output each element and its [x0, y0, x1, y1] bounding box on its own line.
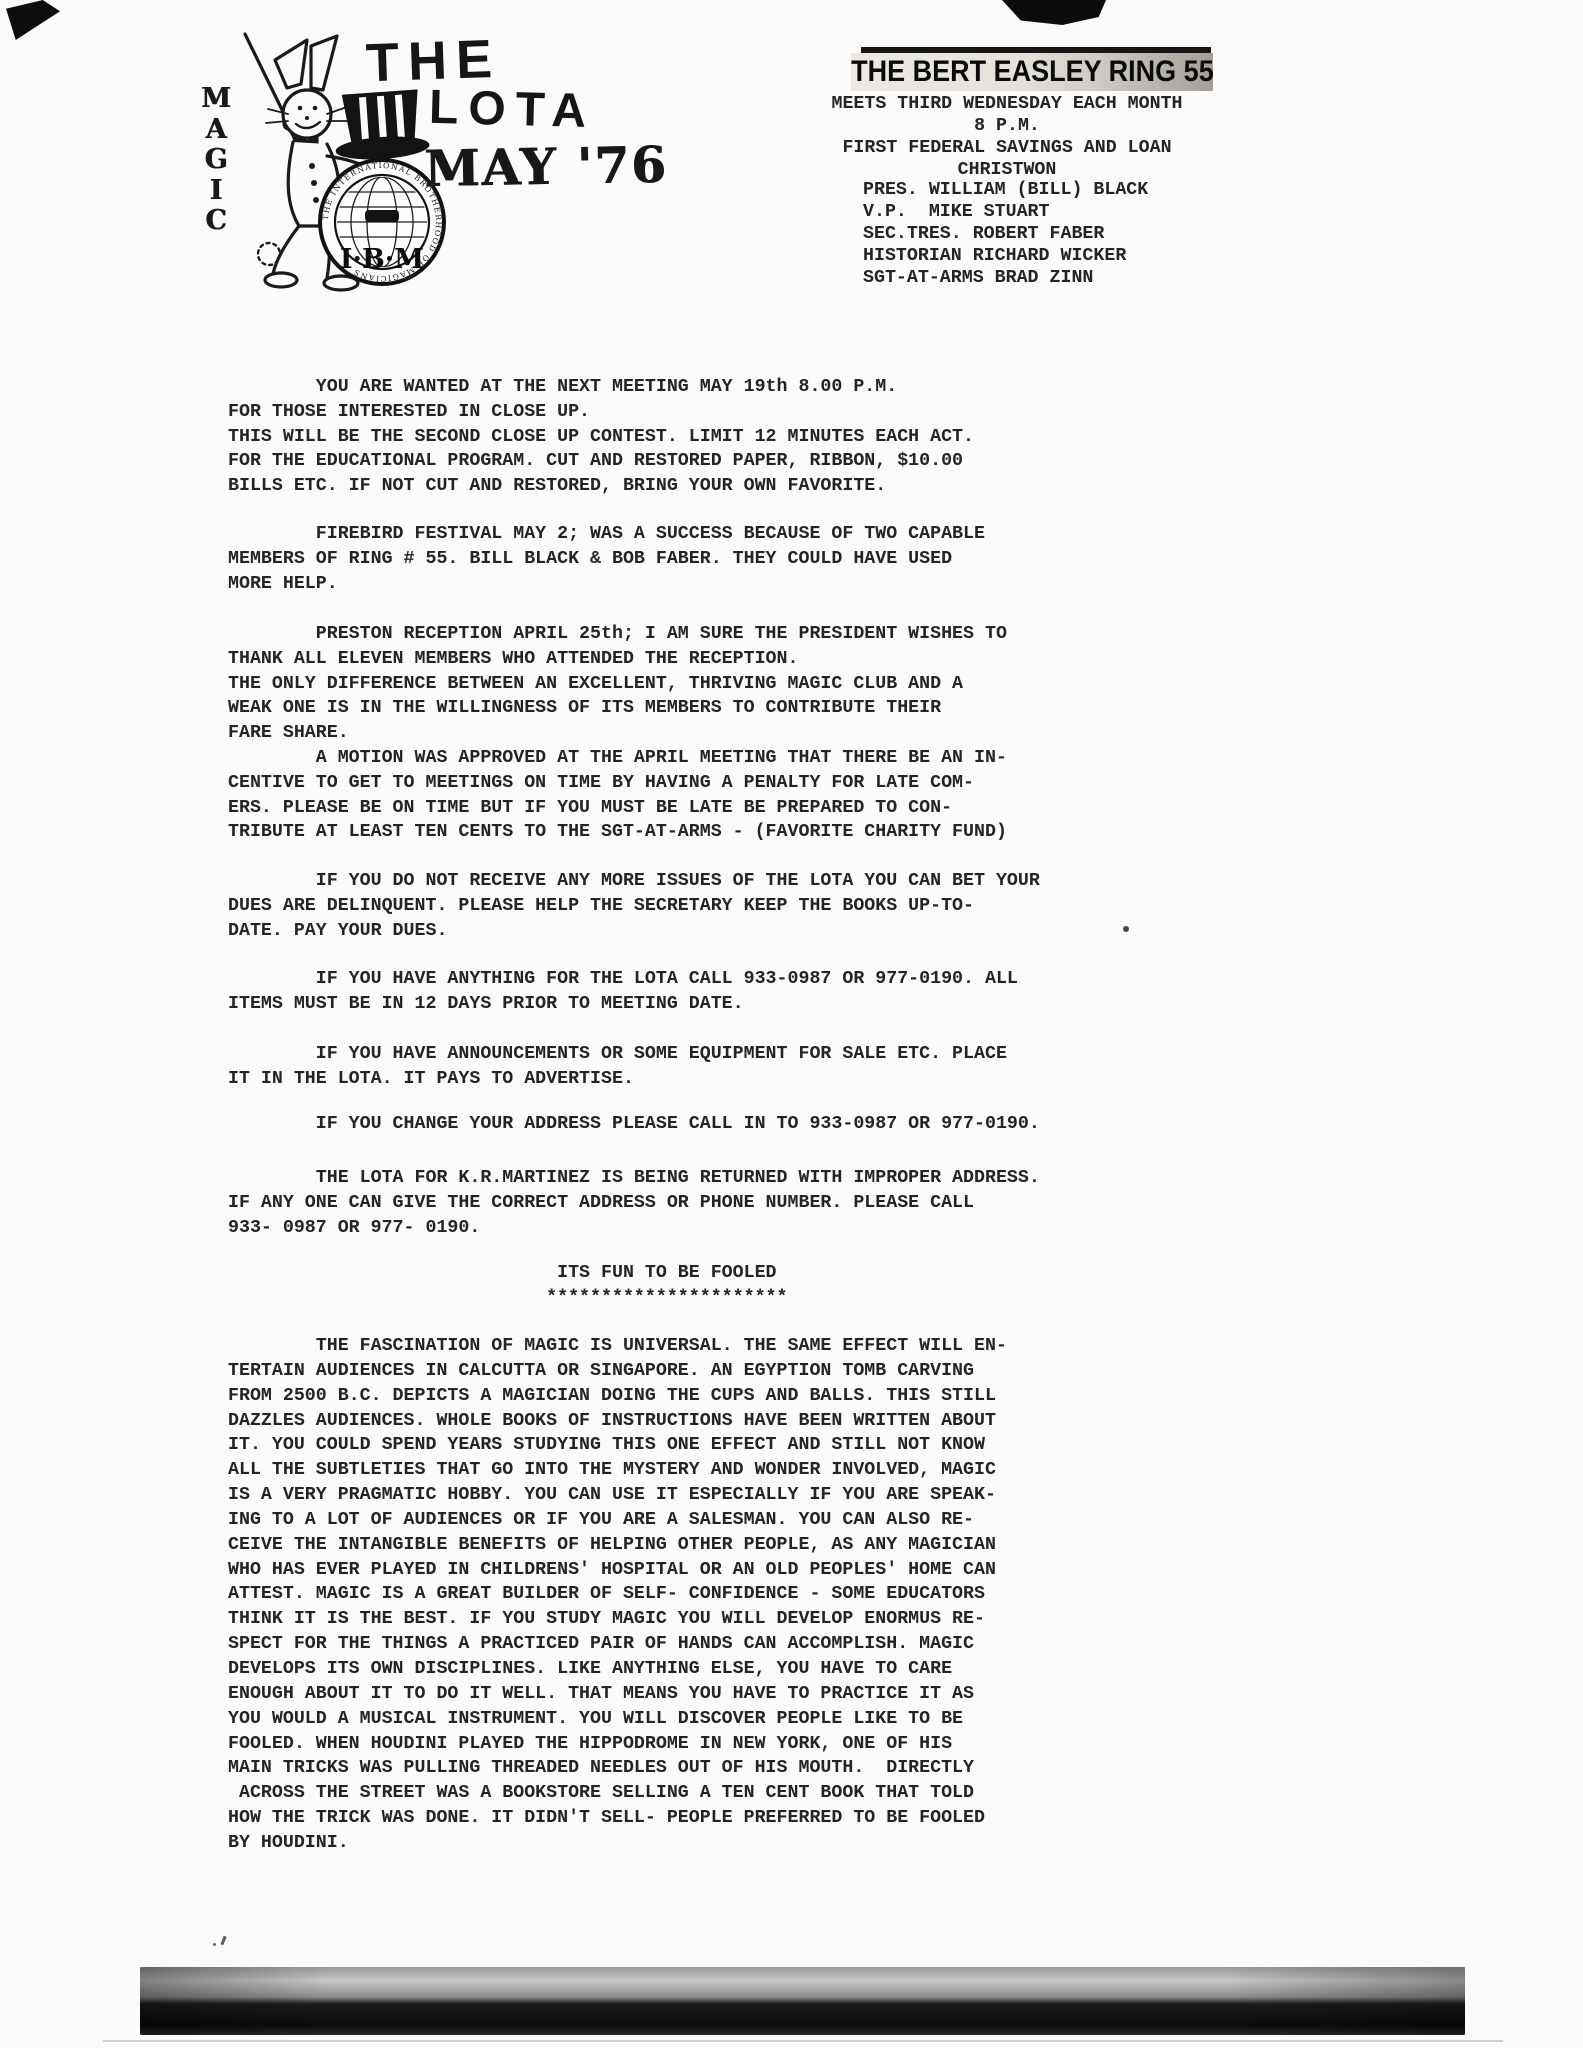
- article-fun-to-be-fooled: THE FASCINATION OF MAGIC IS UNIVERSAL. T…: [228, 1334, 1007, 1856]
- newsletter-issue-date: MAY '76: [424, 140, 668, 194]
- paragraph-announcements: IF YOU HAVE ANNOUNCEMENTS OR SOME EQUIPM…: [228, 1042, 1007, 1092]
- paragraph-preston: PRESTON RECEPTION APRIL 25th; I AM SURE …: [228, 622, 1007, 845]
- paragraph-martinez: THE LOTA FOR K.R.MARTINEZ IS BEING RETUR…: [228, 1166, 1040, 1240]
- ring-banner: THE BERT EASLEY RING 55: [851, 53, 1213, 91]
- meeting-info: MEETS THIRD WEDNESDAY EACH MONTH 8 P.M. …: [808, 93, 1206, 181]
- officer-list: PRES. WILLIAM (BILL) BLACK V.P. MIKE STU…: [863, 179, 1148, 289]
- scan-edge-line: [103, 2040, 1503, 2042]
- top-hat-icon: [332, 89, 430, 162]
- scan-artifact-top-left: [6, 0, 60, 40]
- paragraph-meeting-notice: YOU ARE WANTED AT THE NEXT MEETING MAY 1…: [228, 375, 974, 499]
- ink-speck: [213, 1943, 216, 1946]
- section-heading: ITS FUN TO BE FOOLED *******************…: [228, 1261, 788, 1311]
- paragraph-firebird: FIREBIRD FESTIVAL MAY 2; WAS A SUCCESS B…: [228, 522, 985, 596]
- ink-speck: [1123, 926, 1129, 932]
- paragraph-dues: IF YOU DO NOT RECEIVE ANY MORE ISSUES OF…: [228, 869, 1040, 943]
- handshake-icon: [365, 210, 399, 222]
- paragraph-address-change: IF YOU CHANGE YOUR ADDRESS PLEASE CALL I…: [228, 1112, 1040, 1137]
- ink-speck: [220, 1936, 226, 1945]
- newsletter-page: M A G I C: [0, 0, 1583, 2048]
- scan-edge-bar: [140, 1967, 1465, 2035]
- paragraph-lota-items: IF YOU HAVE ANYTHING FOR THE LOTA CALL 9…: [228, 967, 1018, 1017]
- newsletter-title-lota: LOTA: [428, 84, 596, 136]
- scan-artifact-top-right: [1002, 0, 1106, 25]
- ring-banner-text: THE BERT EASLEY RING 55: [851, 57, 1214, 87]
- seal-initials: I·B·M: [340, 244, 424, 275]
